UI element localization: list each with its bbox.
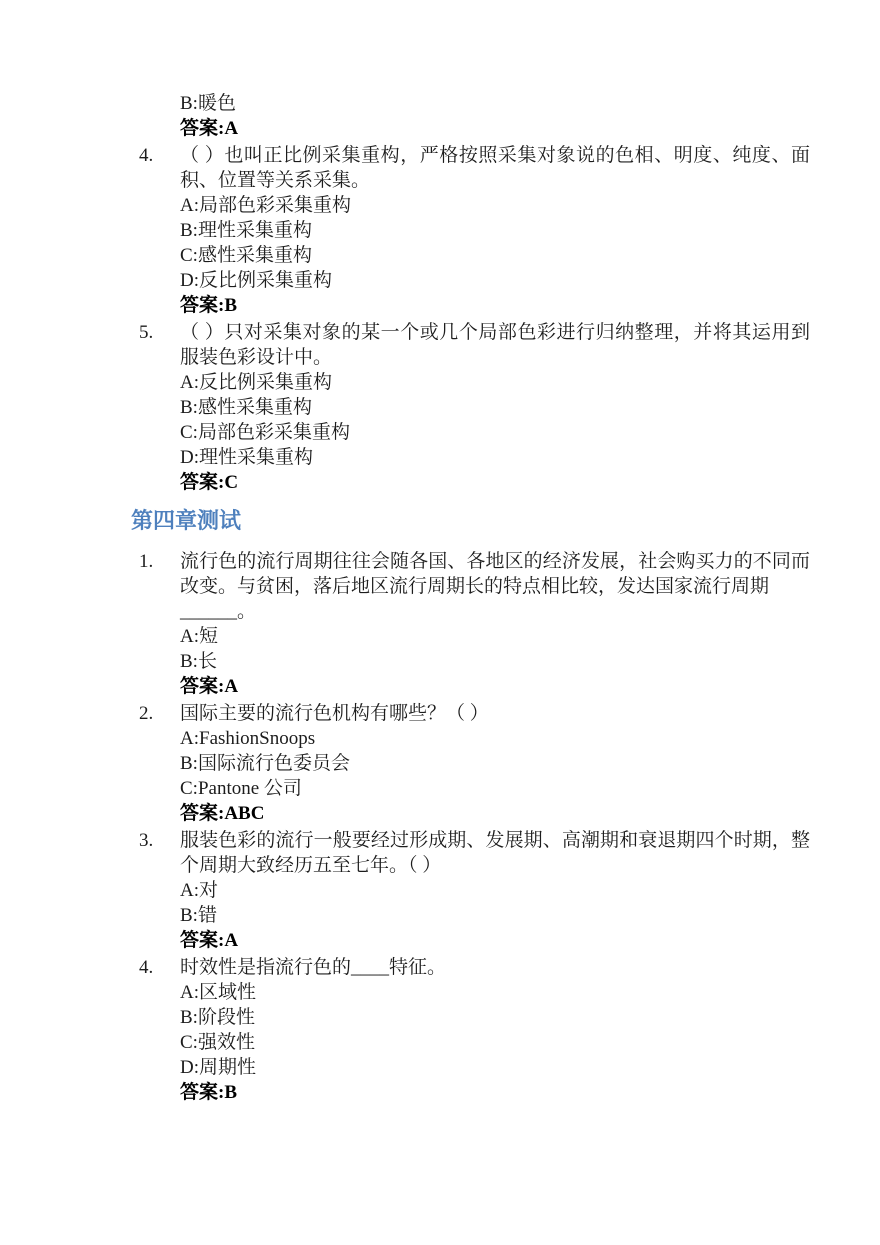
option-line: A:区域性: [180, 980, 810, 1005]
question-body: 服装色彩的流行一般要经过形成期、发展期、高潮期和衰退期四个时期，整个周期大致经历…: [180, 828, 810, 953]
question-body: （ ）只对采集对象的某一个或几个局部色彩进行归纳整理，并将其运用到服装色彩设计中…: [180, 320, 810, 495]
question-number: 5.: [0, 320, 180, 495]
question-text-line: ______。: [180, 599, 810, 624]
answer-line: 答案:B: [180, 293, 810, 318]
question-text-line: 国际主要的流行色机构有哪些？（ ）: [180, 701, 810, 726]
question-text-line: （ ）只对采集对象的某一个或几个局部色彩进行归纳整理，并将其运用到服装色彩设计中…: [180, 320, 810, 370]
question-number: 3.: [0, 828, 180, 953]
option-line: B:错: [180, 903, 810, 928]
question-number: [0, 91, 180, 141]
option-line: A:局部色彩采集重构: [180, 193, 810, 218]
option-line: B:国际流行色委员会: [180, 751, 810, 776]
option-line: C:Pantone 公司: [180, 776, 810, 801]
question-body: 流行色的流行周期往往会随各国、各地区的经济发展，社会购买力的不同而改变。与贫困，…: [180, 549, 810, 699]
question-item: 3.服装色彩的流行一般要经过形成期、发展期、高潮期和衰退期四个时期，整个周期大致…: [0, 828, 880, 953]
question-number: 4.: [0, 955, 180, 1105]
question-body: B:暖色答案:A: [180, 91, 810, 141]
answer-line: 答案:A: [180, 928, 810, 953]
question-number: 2.: [0, 701, 180, 826]
question-text-line: （ ）也叫正比例采集重构，严格按照采集对象说的色相、明度、纯度、面积、位置等关系…: [180, 143, 810, 193]
question-text-line: 流行色的流行周期往往会随各国、各地区的经济发展，社会购买力的不同而改变。与贫困，…: [180, 549, 810, 599]
option-line: D:理性采集重构: [180, 445, 810, 470]
option-line: A:短: [180, 624, 810, 649]
option-line: C:局部色彩采集重构: [180, 420, 810, 445]
option-line: D:周期性: [180, 1055, 810, 1080]
chapter-heading: 第四章测试: [131, 507, 880, 535]
question-body: （ ）也叫正比例采集重构，严格按照采集对象说的色相、明度、纯度、面积、位置等关系…: [180, 143, 810, 318]
answer-line: 答案:A: [180, 116, 810, 141]
option-line: C:强效性: [180, 1030, 810, 1055]
question-item: 4.（ ）也叫正比例采集重构，严格按照采集对象说的色相、明度、纯度、面积、位置等…: [0, 143, 880, 318]
option-line: B:长: [180, 649, 810, 674]
option-line: B:阶段性: [180, 1005, 810, 1030]
option-line: C:感性采集重构: [180, 243, 810, 268]
question-item: 1.流行色的流行周期往往会随各国、各地区的经济发展，社会购买力的不同而改变。与贫…: [0, 549, 880, 699]
question-body: 时效性是指流行色的____特征。A:区域性B:阶段性C:强效性D:周期性答案:B: [180, 955, 810, 1105]
document-page: B:暖色答案:A4.（ ）也叫正比例采集重构，严格按照采集对象说的色相、明度、纯…: [0, 0, 880, 1245]
question-number: 4.: [0, 143, 180, 318]
question-fragment: B:暖色答案:A: [0, 91, 880, 141]
question-item: 2.国际主要的流行色机构有哪些？（ ）A:FashionSnoopsB:国际流行…: [0, 701, 880, 826]
quiz-content: B:暖色答案:A4.（ ）也叫正比例采集重构，严格按照采集对象说的色相、明度、纯…: [0, 0, 880, 1105]
question-text-line: 服装色彩的流行一般要经过形成期、发展期、高潮期和衰退期四个时期，整个周期大致经历…: [180, 828, 810, 878]
option-line: B:理性采集重构: [180, 218, 810, 243]
option-line: A:反比例采集重构: [180, 370, 810, 395]
question-item: 5.（ ）只对采集对象的某一个或几个局部色彩进行归纳整理，并将其运用到服装色彩设…: [0, 320, 880, 495]
answer-line: 答案:C: [180, 470, 810, 495]
option-line: A:对: [180, 878, 810, 903]
option-line: B:感性采集重构: [180, 395, 810, 420]
question-text-line: 时效性是指流行色的____特征。: [180, 955, 810, 980]
answer-line: 答案:A: [180, 674, 810, 699]
answer-line: 答案:B: [180, 1080, 810, 1105]
question-item: 4.时效性是指流行色的____特征。A:区域性B:阶段性C:强效性D:周期性答案…: [0, 955, 880, 1105]
question-number: 1.: [0, 549, 180, 699]
option-line: A:FashionSnoops: [180, 726, 810, 751]
option-line: D:反比例采集重构: [180, 268, 810, 293]
answer-line: 答案:ABC: [180, 801, 810, 826]
question-body: 国际主要的流行色机构有哪些？（ ）A:FashionSnoopsB:国际流行色委…: [180, 701, 810, 826]
option-line: B:暖色: [180, 91, 810, 116]
